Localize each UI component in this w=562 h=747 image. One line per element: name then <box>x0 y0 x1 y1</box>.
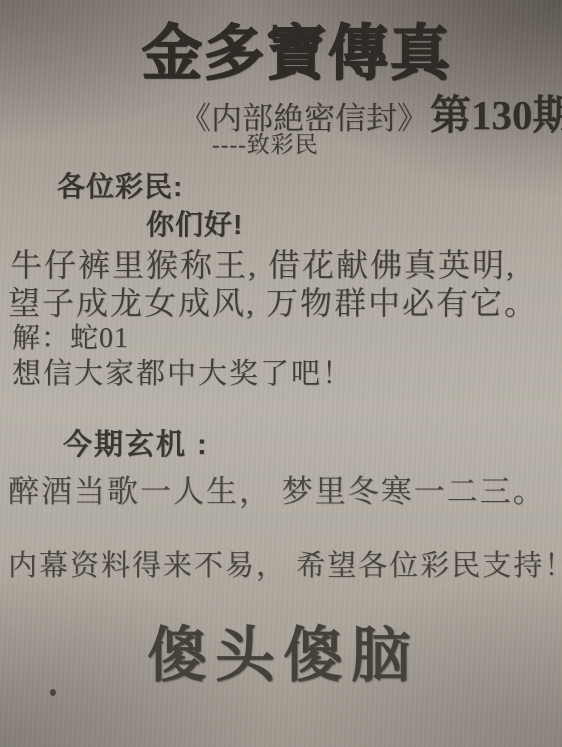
answer-line: 解：蛇01 <box>12 316 129 356</box>
section-heading-mystery: 今期玄机 : <box>63 422 209 463</box>
greeting: 你们好! <box>146 203 243 243</box>
issue-number: 第130期 <box>430 82 562 141</box>
footer-phrase: 傻头傻脑 <box>2 608 562 694</box>
appeal-line: 内幕资料得来不易， 希望各位彩民支持！ <box>8 543 562 584</box>
fax-document-photo: 金多寶傳真 《内部絶密信封》 第130期 ----致彩民 各位彩民: 你们好! … <box>0 0 562 747</box>
paper-speck <box>50 689 56 696</box>
page-title: 金多寶傳真 <box>16 6 562 92</box>
mystery-verse-line: 醉酒当歌一人生， 梦里冬寒一二三。 <box>8 466 546 511</box>
salutation: 各位彩民: <box>57 165 183 205</box>
dedication-line: ----致彩民 <box>212 126 319 159</box>
congrats-line: 想信大家都中大奖了吧！ <box>12 351 353 392</box>
